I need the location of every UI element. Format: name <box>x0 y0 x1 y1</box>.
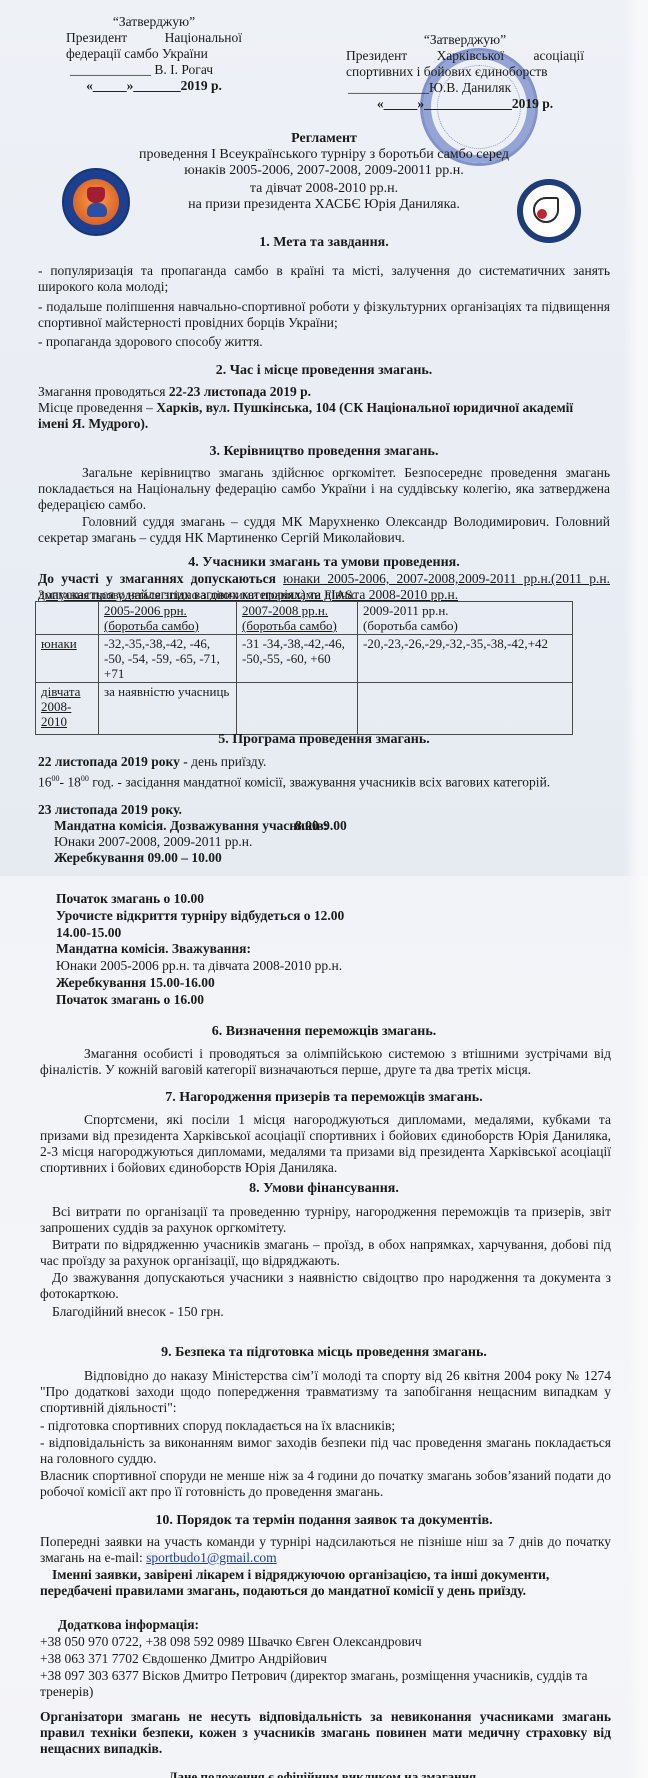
title-line1: проведення І Всеукраїнського турніру з б… <box>0 147 648 163</box>
section1-item-1-text: - популяризація та пропаганда самбо в кр… <box>38 263 610 294</box>
approval-left-line1-a: Президент <box>66 30 127 46</box>
col2-years: 2007-2008 рр.н. <box>242 603 328 618</box>
approval-left-line1-b: Національної <box>165 30 242 46</box>
table-cell: -31 -34,-38,-42,-46, -50,-55, -60, +60 <box>237 635 358 683</box>
approval-right-line2: спортивних і бойових єдиноборств <box>346 64 584 80</box>
table-header-row: 2005-2006 ррн.(боротьба самбо) 2007-2008… <box>36 602 573 635</box>
section6-para: Змагання особисті і проводяться за олімп… <box>40 1046 611 1078</box>
table-cell: за наявністю учасниць <box>99 683 237 735</box>
section7-para: Спортсмени, які посіли 1 місця нагороджу… <box>40 1112 611 1176</box>
weight-categories-table: 2005-2006 ррн.(боротьба самбо) 2007-2008… <box>35 601 573 735</box>
section8-heading: 8. Умови фінансування. <box>0 1181 648 1197</box>
section5-juniors2: Юнаки 2005-2006 рр.н. та дівчата 2008-20… <box>56 958 556 974</box>
col3-years: 2009-2011 рр.н. <box>363 603 449 618</box>
contact-item: +38 050 970 0722, +38 098 592 0989 Швачк… <box>40 1634 611 1650</box>
col1-years: 2005-2006 ррн. <box>104 603 187 618</box>
time-start: 16 <box>38 775 52 790</box>
section5-day2-date: 23 листопада 2019 року. <box>38 802 610 818</box>
section9-heading: 9. Безпека та підготовка місць проведенн… <box>0 1345 648 1361</box>
section1-item-3: - пропаганда здорового способу життя. <box>38 334 610 350</box>
section7-heading: 7. Нагородження призерів та переможців з… <box>0 1090 648 1106</box>
section8-para1: Всі витрати по організації та проведенню… <box>40 1204 611 1236</box>
approval-left-heading: “Затверджую” <box>66 14 242 30</box>
approval-right-date: «_____»_____________2019 р. <box>346 96 584 112</box>
section10-closing: Дане положення є офіційним викликом на з… <box>0 1769 648 1778</box>
section9-para2: Власник спортивної споруди не менше ніж … <box>40 1468 611 1500</box>
approval-right-heading: “Затверджую” <box>346 32 584 48</box>
title-line4: на призи президента ХАСБЄ Юрія Даниляка. <box>0 197 648 213</box>
approval-left-line2: федерації самбо України <box>66 46 242 62</box>
section4-admit-prefix: До участі у змаганнях допускаються <box>38 571 283 586</box>
approval-left-date: «_____»_______2019 р. <box>66 78 242 94</box>
col1-sport: (боротьба самбо) <box>104 618 199 633</box>
section10-para1: Попередні заявки на участь команди у тур… <box>40 1534 611 1566</box>
section3-para1: Загальне керівництво змагань здійснює ор… <box>38 465 610 513</box>
time-end: 18 <box>67 775 81 790</box>
document-page-2: Початок змагань о 10.00 Урочисте відкрит… <box>0 876 648 1778</box>
title-name: Регламент <box>0 131 648 147</box>
section5-start2: Початок змагань о 16.00 <box>56 992 556 1008</box>
section2-dates-prefix: Змагання проводяться <box>38 384 169 399</box>
section10-heading: 10. Порядок та термін подання заявок та … <box>0 1513 648 1529</box>
table-cell <box>358 683 573 735</box>
table-cell: -32,-35,-38,-42, -46, -50, -54, -59, -65… <box>99 635 237 683</box>
section5-mandate1: Мандатна комісія. Дозважування учасників… <box>54 818 334 834</box>
section1-item-2-text: - подальше поліпшення навчально-спортивн… <box>38 299 610 330</box>
day1-text: день приїзду. <box>191 754 266 769</box>
title-line2: юнаків 2005-2006, 2007-2008, 2009-20011 … <box>0 163 648 179</box>
approval-left: “Затверджую” Президент Національної феде… <box>66 14 242 94</box>
approval-right: “Затверджую” Президент Харківської асоці… <box>346 32 584 112</box>
approval-right-line1-b: Харківської <box>437 48 505 64</box>
document-title: Регламент проведення І Всеукраїнського т… <box>0 131 648 213</box>
section8-para3: До зважування допускаються учасники з на… <box>40 1270 611 1302</box>
row-label-girls: дівчата 2008-2010 <box>36 683 99 735</box>
section2-dates: Змагання проводяться 22-23 листопада 201… <box>38 384 610 400</box>
section4-heading: 4. Учасники змагань та умови проведення. <box>0 555 648 571</box>
day1-date: 22 листопада 2019 року - <box>38 754 191 769</box>
section3-para2: Головний суддя змагань – суддя МК Марухн… <box>38 514 610 546</box>
section5-start1: Початок змагань о 10.00 <box>56 891 556 907</box>
section10-para2: Іменні заявки, завірені лікарем і відряд… <box>40 1567 611 1599</box>
section5-heading: 5. Програма проведення змагань. <box>0 732 648 748</box>
table-cell: -20,-23,-26,-29,-32,-35,-38,-42,+42 <box>358 635 573 683</box>
day1-time-text: год. - засідання мандатної комісії, зваж… <box>89 775 550 790</box>
section2-heading: 2. Час і місце проведення змагань. <box>0 363 648 379</box>
email-link[interactable]: sportbudo1@gmail.com <box>146 1550 277 1565</box>
section5-juniors1: Юнаки 2007-2008, 2009-2011 рр.н. <box>54 834 454 850</box>
col2-sport: (боротьба самбо) <box>242 618 337 633</box>
section5-mandate1-time: 8.00-9.00 <box>295 818 415 834</box>
approval-right-title-line: Президент Харківської асоціації <box>346 48 584 64</box>
approval-left-signature: ____________ В. І. Рогач <box>66 62 242 78</box>
title-line3: та дівчат 2008-2010 рр.н. <box>0 181 648 197</box>
section5-day1-time: 1600- 1800 год. - засідання мандатної ко… <box>38 771 610 791</box>
section10-disclaimer: Організатори змагань не несуть відповіда… <box>40 1709 611 1757</box>
contact-item: +38 063 371 7702 Євдошенко Дмитро Андрій… <box>40 1651 611 1667</box>
section2-place-prefix: Місце проведення – <box>38 400 156 415</box>
time-end-sup: 00 <box>81 774 89 783</box>
approval-left-title-line: Президент Національної <box>66 30 242 46</box>
section5-draw1: Жеребкування 09.00 – 10.00 <box>54 850 454 866</box>
section5-day1: 22 листопада 2019 року - день приїзду. <box>38 754 610 770</box>
table-cell <box>237 683 358 735</box>
section5-mandate2: Мандатна комісія. Зважування: <box>56 941 556 957</box>
table-row: юнаки -32,-35,-38,-42, -46, -50, -54, -5… <box>36 635 573 683</box>
section2-place: Місце проведення – Харків, вул. Пушкінсь… <box>38 400 578 432</box>
time-start-sup: 00 <box>52 774 60 783</box>
section3-heading: 3. Керівництво проведення змагань. <box>0 444 648 460</box>
section5-time2: 14.00-15.00 <box>56 925 556 941</box>
table-row: дівчата 2008-2010 за наявністю учасниць <box>36 683 573 735</box>
section10-para1-text: Попередні заявки на участь команди у тур… <box>40 1534 611 1565</box>
document-page-1: “Затверджую” Президент Національної феде… <box>0 0 648 876</box>
section5-opening: Урочисте відкриття турніру відбудеться о… <box>56 908 556 924</box>
col3-sport: (боротьба самбо) <box>363 618 458 633</box>
table-header-cell: 2007-2008 рр.н.(боротьба самбо) <box>237 602 358 635</box>
section1-item-2: - подальше поліпшення навчально-спортивн… <box>38 299 610 331</box>
section6-heading: 6. Визначення переможців змагань. <box>0 1024 648 1040</box>
section9-item2: - відповідальність за виконанням вимог з… <box>40 1435 611 1467</box>
row-label-juniors: юнаки <box>36 635 99 683</box>
approval-right-line1-a: Президент <box>346 48 407 64</box>
approval-right-signature: ____________Ю.В. Даниляк <box>346 80 584 96</box>
section9-para1: Відповідно до наказу Міністерства сім’ї … <box>40 1368 611 1416</box>
section8-fee: Благодійний внесок - 150 грн. <box>52 1304 552 1320</box>
section1-item-1: - популяризація та пропаганда самбо в кр… <box>38 263 610 295</box>
section8-para2: Витрати по відрядженню учасників змагань… <box>40 1237 611 1269</box>
section2-dates-value: 22-23 листопада 2019 р. <box>169 384 311 399</box>
table-header-cell: 2005-2006 ррн.(боротьба самбо) <box>99 602 237 635</box>
table-header-cell: 2009-2011 рр.н.(боротьба самбо) <box>358 602 573 635</box>
approval-right-line1-c: асоціації <box>534 48 584 64</box>
section1-heading: 1. Мета та завдання. <box>0 235 648 251</box>
contact-item: +38 097 303 6377 Вісков Дмитро Петрович … <box>40 1668 611 1700</box>
table-corner-cell <box>36 602 99 635</box>
section5-draw2: Жеребкування 15.00-16.00 <box>56 975 556 991</box>
section9-item1: - підготовка спортивних споруд покладаєт… <box>40 1418 611 1434</box>
section10-info-heading: Додаткова інформація: <box>58 1617 458 1633</box>
